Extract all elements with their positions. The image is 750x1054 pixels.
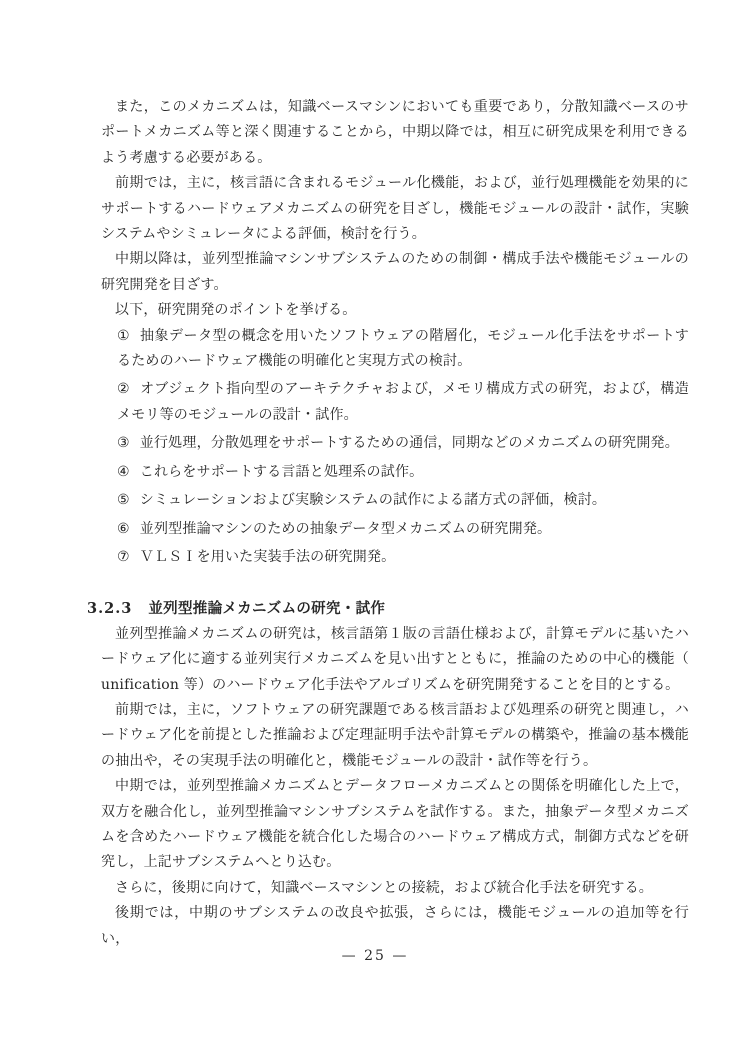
section-title: 並列型推論メカニズムの研究・試作	[148, 600, 385, 617]
section-paragraph-2: 前期では，主に，ソフトウェアの研究課題である核言語および処理系の研究と関連し，ハ…	[101, 698, 689, 774]
text-block: また，このメカニズムは，知識ベースマシンにおいても重要であり，分散知識ベースのサ…	[101, 0, 689, 952]
list-item-text: ＶＬＳＩを用いた実装手法の研究開発。	[140, 549, 396, 565]
document-page: また，このメカニズムは，知識ベースマシンにおいても重要であり，分散知識ベースのサ…	[0, 0, 750, 1054]
list-marker-1: ①	[117, 328, 130, 344]
list-item-text: 抽象データ型の概念を用いたソフトウェアの階層化，モジュール化手法をサポートするた…	[117, 328, 689, 369]
list-item: ②オブジェクト指向型のアーキテクチャおよび，メモリ構成方式の研究，および，構造メ…	[101, 377, 689, 428]
list-marker-6: ⑥	[117, 521, 130, 537]
section-paragraph-5: 後期では，中期のサブシステムの改良や拡張，さらには，機能モジュールの追加等を行い…	[101, 901, 689, 952]
list-marker-3: ③	[117, 435, 130, 451]
list-item-text: シミュレーションおよび実験システムの試作による諸方式の評価，検討。	[140, 492, 606, 508]
list-item: ⑥並列型推論マシンのための抽象データ型メカニズムの研究開発。	[101, 517, 689, 542]
list-marker-2: ②	[117, 381, 130, 397]
list-item-text: これらをサポートする言語と処理系の試作。	[140, 464, 424, 480]
list-item: ⑤シミュレーションおよび実験システムの試作による諸方式の評価，検討。	[101, 488, 689, 513]
section-paragraph-4: さらに，後期に向けて，知識ベースマシンとの接続，および統合化手法を研究する。	[101, 876, 689, 901]
list-item: ①抽象データ型の概念を用いたソフトウェアの階層化，モジュール化手法をサポートする…	[101, 324, 689, 375]
intro-paragraph-1: また，このメカニズムは，知識ベースマシンにおいても重要であり，分散知識ベースのサ…	[101, 95, 689, 171]
list-item: ③並行処理，分散処理をサポートするための通信，同期などのメカニズムの研究開発。	[101, 431, 689, 456]
list-item-text: 並列型推論マシンのための抽象データ型メカニズムの研究開発。	[140, 521, 551, 537]
list-marker-7: ⑦	[117, 549, 130, 565]
list-marker-4: ④	[117, 464, 130, 480]
intro-paragraph-4: 以下，研究開発のポイントを挙げる。	[101, 298, 689, 323]
list-item: ④これらをサポートする言語と処理系の試作。	[101, 460, 689, 485]
list-item-text: オブジェクト指向型のアーキテクチャおよび，メモリ構成方式の研究，および，構造メモ…	[117, 381, 689, 422]
section-paragraph-3: 中期では，並列型推論メカニズムとデータフローメカニズムとの関係を明確化した上で，…	[101, 774, 689, 876]
page-number: — 25 —	[0, 948, 750, 964]
list-item-text: 並行処理，分散処理をサポートするための通信，同期などのメカニズムの研究開発。	[140, 435, 679, 451]
section-heading: 3.2.3並列型推論メカニズムの研究・試作	[87, 596, 689, 621]
section-number: 3.2.3	[87, 600, 132, 617]
intro-paragraph-3: 中期以降は，並列型推論マシンサブシステムのための制御・構成手法や機能モジュールの…	[101, 247, 689, 298]
intro-paragraph-2: 前期では，主に，核言語に含まれるモジュール化機能，および，並行処理機能を効果的に…	[101, 171, 689, 247]
list-item: ⑦ＶＬＳＩを用いた実装手法の研究開発。	[101, 545, 689, 570]
list-marker-5: ⑤	[117, 492, 130, 508]
research-points-list: ①抽象データ型の概念を用いたソフトウェアの階層化，モジュール化手法をサポートする…	[101, 324, 689, 571]
section-paragraph-1: 並列型推論メカニズムの研究は，核言語第１版の言語仕様および，計算モデルに基いたハ…	[101, 622, 689, 698]
